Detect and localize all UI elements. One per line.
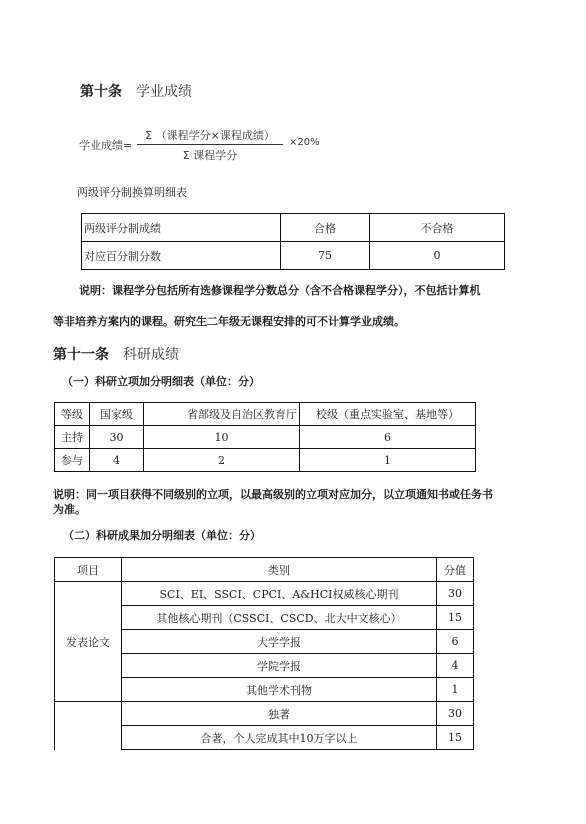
article-number: 第十一条 (53, 347, 109, 363)
table-cell: 学院学报 (122, 654, 437, 678)
table-cell: 两级评分制成绩 (82, 214, 281, 242)
table-row: 独著 30 (55, 702, 474, 726)
table-cell: 75 (281, 242, 370, 270)
table-row: 主持 30 10 6 (55, 426, 476, 449)
table-cell: 30 (437, 582, 474, 606)
table-cell: 6 (437, 630, 474, 654)
section-2-heading: （二）科研成果加分明细表（单位：分） (63, 527, 261, 543)
table-cell: 合格 (281, 214, 370, 242)
formula-denominator: Σ 课程学分 (137, 145, 283, 163)
table-header-cell: 分值 (437, 558, 474, 582)
article-title: 学业成绩 (136, 84, 192, 100)
formula-numerator: Σ （课程学分×课程成绩） (137, 127, 283, 145)
table-header-cell: 校级（重点实验室、基地等） (300, 403, 476, 426)
formula-fraction: Σ （课程学分×课程成绩） Σ 课程学分 (137, 127, 283, 163)
table-header-cell: 省部级及自治区教育厅 (144, 403, 300, 426)
table-cell: 30 (90, 426, 144, 449)
table-row: 发表论文 SCI、EI、SSCI、CPCI、A&HCI权威核心期刊 30 (55, 582, 474, 606)
table-cell: 15 (437, 606, 474, 630)
table-cell: 4 (437, 654, 474, 678)
table-cell: 6 (300, 426, 476, 449)
table-header-cell: 项目 (55, 558, 122, 582)
section-1-heading: （一）科研立项加分明细表（单位：分） (62, 373, 260, 389)
table-cell: 不合格 (370, 214, 505, 242)
table-cell: 2 (144, 449, 300, 472)
table-header-row: 项目 类别 分值 (55, 558, 474, 582)
research-project-table: 等级 国家级 省部级及自治区教育厅 校级（重点实验室、基地等） 主持 30 10… (54, 402, 476, 472)
table-cell: SCI、EI、SSCI、CPCI、A&HCI权威核心期刊 (122, 582, 437, 606)
table-cell: 30 (437, 702, 474, 726)
section-1-note-line-2: 为准。 (53, 501, 86, 517)
table-header-cell: 国家级 (90, 403, 144, 426)
table-cell: 主持 (55, 426, 90, 449)
article-10-heading: 第十条学业成绩 (80, 81, 192, 101)
formula-lhs: 学业成绩= (79, 137, 132, 153)
conversion-table-caption: 两级评分制换算明细表 (77, 184, 187, 200)
table-row: 两级评分制成绩 合格 不合格 (82, 214, 505, 242)
table-cell: 1 (300, 449, 476, 472)
table-header-cell: 等级 (55, 403, 90, 426)
table-row: 参与 4 2 1 (55, 449, 476, 472)
article-title: 科研成绩 (123, 347, 179, 363)
formula-multiplier: ×20% (289, 137, 320, 148)
conversion-table: 两级评分制成绩 合格 不合格 对应百分制分数 75 0 (81, 213, 505, 270)
research-output-table: 项目 类别 分值 发表论文 SCI、EI、SSCI、CPCI、A&HCI权威核心… (54, 557, 474, 750)
table-cell: 独著 (122, 702, 437, 726)
article-11-heading: 第十一条科研成绩 (53, 344, 179, 364)
table-cell: 参与 (55, 449, 90, 472)
table-header-cell: 类别 (122, 558, 437, 582)
table-cell: 其他学术刊物 (122, 678, 437, 702)
table-row: 对应百分制分数 75 0 (82, 242, 505, 270)
note-line-2: 等非培养方案内的课程。研究生二年级无课程安排的可不计算学业成绩。 (53, 313, 405, 329)
group-label-books (55, 702, 122, 750)
table-header-row: 等级 国家级 省部级及自治区教育厅 校级（重点实验室、基地等） (55, 403, 476, 426)
table-cell: 15 (437, 726, 474, 750)
article-number: 第十条 (80, 84, 122, 100)
table-cell: 合著，个人完成其中10万字以上 (122, 726, 437, 750)
table-cell: 10 (144, 426, 300, 449)
table-cell: 1 (437, 678, 474, 702)
group-label-published-papers: 发表论文 (55, 582, 122, 702)
table-cell: 4 (90, 449, 144, 472)
note-line-1: 说明：课程学分包括所有选修课程学分数总分（含不合格课程学分），不包括计算机 (79, 282, 481, 298)
table-cell: 大学学报 (122, 630, 437, 654)
table-cell: 0 (370, 242, 505, 270)
section-1-note-line-1: 说明：同一项目获得不同级别的立项，以最高级别的立项对应加分，以立项通知书或任务书 (53, 486, 493, 502)
table-cell: 其他核心期刊（CSSCI、CSCD、北大中文核心） (122, 606, 437, 630)
table-cell: 对应百分制分数 (82, 242, 281, 270)
